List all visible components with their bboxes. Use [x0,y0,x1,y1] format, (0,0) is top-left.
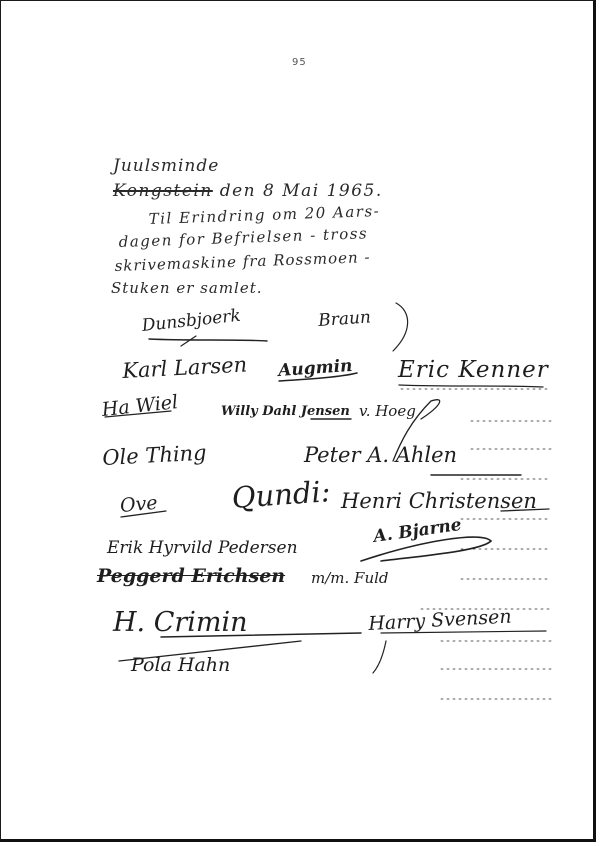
signature: Eric Kenner [398,357,549,383]
signature: A. Bjarne [372,515,463,547]
signature: Harry Svensen [368,606,512,635]
signature: Braun [318,307,372,331]
signature: Pola Hahn [131,654,230,676]
signature: Peter A. Ahlen [304,443,457,467]
letter-line: Stuken er samlet. [111,279,263,297]
signature: Erik Hyrvild Pedersen [107,538,298,558]
letter-date: den 8 Mai 1965. [213,181,383,201]
signature: Ole Thing [102,441,207,470]
letter-date-line: Kongstein den 8 Mai 1965. [113,181,383,201]
signature: Peggerd Erichsen [97,565,285,587]
signature: Willy Dahl Jensen [221,404,350,419]
signature: Ha Wiel [101,391,179,421]
page-number: 95 [292,57,307,68]
letter-line: dagen for Befrielsen - tross [118,224,368,251]
pen-strokes [1,1,600,846]
signature: Henri Christensen [341,489,537,513]
signature: Karl Larsen [122,352,248,383]
signature: H. Crimin [113,607,248,638]
signature: Dunsbjoerk [141,306,242,336]
signature: Ove [119,492,158,517]
struck-place: Kongstein [113,181,213,201]
letter-place: Juulsminde [113,156,219,176]
signature: m/m. Fuld [311,569,389,587]
signature: Augmin [278,356,353,381]
letter-line: skrivemaskine fra Rossmoen - [114,248,370,275]
signature: v. Hoeg [359,402,416,420]
signature: Qundi: [231,474,332,515]
document-page: 95 Juulsminde Kongstein den 8 Mai 1965. … [0,0,596,842]
